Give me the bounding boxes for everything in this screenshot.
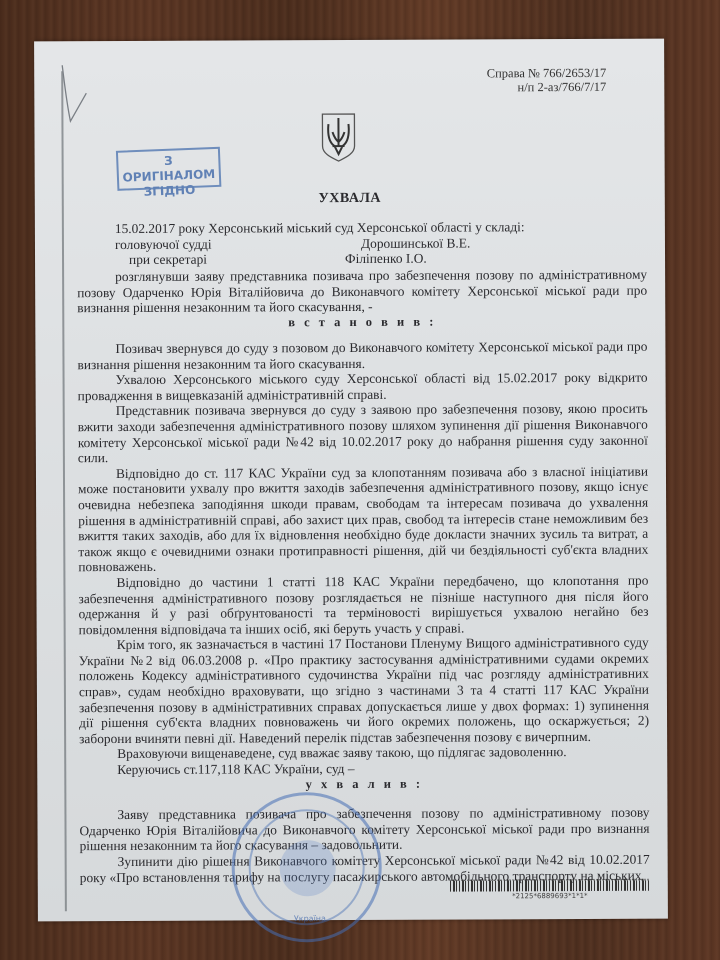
paragraph-6: Крім того, як зазначається в частині 17 … — [79, 635, 649, 747]
established-heading: в с т а н о в и в : — [77, 313, 647, 331]
paragraph-5: Відповідно до частини 1 статті 118 КАС У… — [78, 573, 648, 638]
court-document-page: Справа № 766/2653/17 н/п 2-аз/766/7/17 З… — [34, 39, 668, 922]
paragraph-2: Ухвалою Херсонського міського суду Херсо… — [78, 370, 648, 404]
considered-text: розглянувши заяву представника позивача … — [77, 267, 647, 316]
paragraph-1: Позивач звернувся до суду з позовом до В… — [77, 339, 647, 373]
considered-paragraph: розглянувши заяву представника позивача … — [77, 267, 647, 332]
secretary-name: Філіпенко І.О. — [311, 251, 427, 267]
court-round-seal: Україна — [231, 792, 382, 943]
certified-copy-stamp: З ОРИГІНАЛОМ ЗГІДНО — [116, 147, 221, 191]
pen-checkmark-icon — [56, 61, 96, 131]
secretary-label: при секретарі — [115, 251, 311, 267]
findings-section: Позивач звернувся до суду з позовом до В… — [77, 339, 649, 886]
judge-label: головуючої судді — [115, 236, 297, 252]
paragraph-7: Враховуючи вищенаведене, суд вважає заяв… — [79, 744, 649, 762]
paragraph-4: Відповідно до ст. 117 КАС України суд за… — [78, 463, 648, 575]
paragraph-3: Представник позивача звернувся до суду з… — [78, 401, 648, 466]
secretary-line: при секретарі Філіпенко І.О. — [115, 250, 647, 268]
document-barcode — [450, 879, 650, 892]
case-number-block: Справа № 766/2653/17 н/п 2-аз/766/7/17 — [487, 66, 607, 95]
document-title: УХВАЛА — [35, 190, 665, 209]
intro-block: 15.02.2017 року Херсонський міський суд … — [115, 219, 647, 268]
judge-name: Дорошинської В.Е. — [297, 235, 470, 251]
case-number: Справа № 766/2653/17 — [487, 66, 607, 81]
stamp-line-1: З ОРИГІНАЛОМ — [118, 152, 219, 186]
barcode-number: *2125*6889693*1*1* — [450, 892, 650, 901]
ukraine-trident-emblem-icon — [320, 112, 356, 162]
proceeding-number: н/п 2-аз/766/7/17 — [487, 80, 607, 95]
seal-text: Україна — [271, 914, 349, 923]
